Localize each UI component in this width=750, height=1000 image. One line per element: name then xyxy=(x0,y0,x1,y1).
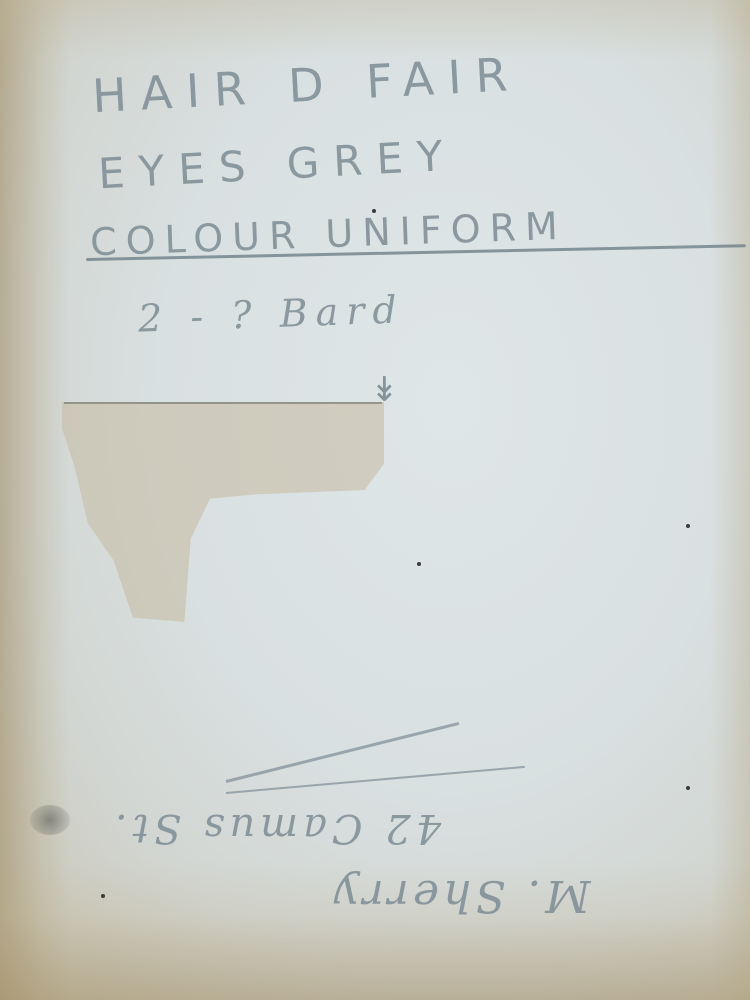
speck xyxy=(372,209,376,213)
pencil-mark: ↡ xyxy=(370,370,399,410)
glue-stain-edge xyxy=(64,402,382,404)
aged-edge-right xyxy=(710,0,750,1000)
speck xyxy=(686,786,690,790)
handwriting-note: 2 - ? Bard xyxy=(137,287,405,340)
handwriting-address: 42 Camus St. xyxy=(110,805,441,851)
handwriting-name: M. Sherry xyxy=(330,870,590,921)
speck xyxy=(101,894,105,898)
handwriting-eyes: EYES GREY xyxy=(97,131,458,199)
aged-edge-left xyxy=(0,0,70,1000)
photo-back: HAIR D FAIR EYES GREY COLOUR UNIFORM 2 -… xyxy=(0,0,750,1000)
speck xyxy=(686,524,690,528)
ink-blot xyxy=(30,805,70,835)
speck xyxy=(417,562,421,566)
glue-stain xyxy=(62,402,384,622)
aged-edge-top xyxy=(0,0,750,60)
